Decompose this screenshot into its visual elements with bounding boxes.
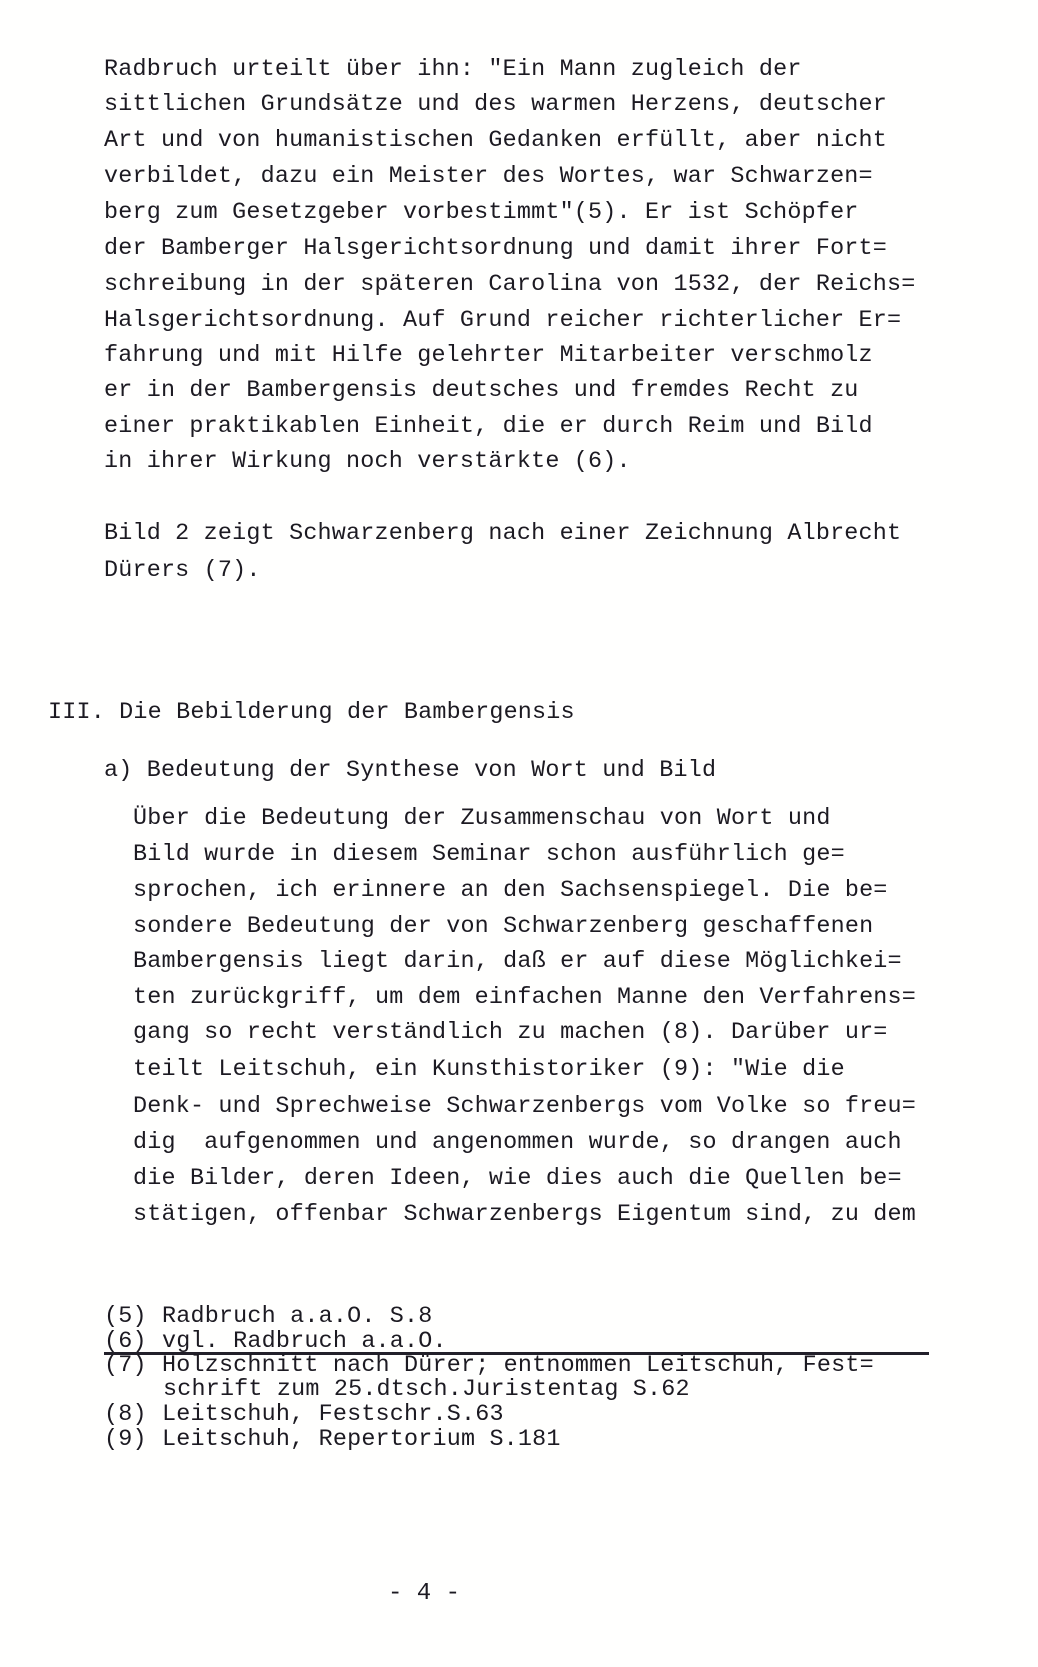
text-line: Bild 2 zeigt Schwarzenberg nach einer Ze… <box>104 520 901 548</box>
text-line: dig aufgenommen und angenommen wurde, so… <box>133 1129 902 1157</box>
footnote-7: (7)Holzschnitt nach Dürer; entnommen Lei… <box>104 1354 874 1378</box>
text-line: Denk- und Sprechweise Schwarzenbergs vom… <box>133 1093 916 1121</box>
text-line: fahrung und mit Hilfe gelehrter Mitarbei… <box>104 342 873 370</box>
footnote-text: Radbruch a.a.O. S.8 <box>162 1304 433 1330</box>
footnote-text: Leitschuh, Repertorium S.181 <box>162 1427 561 1453</box>
text-line: der Bamberger Halsgerichtsordnung und da… <box>104 235 887 263</box>
footnote-5: (5)Radbruch a.a.O. S.8 <box>104 1305 433 1329</box>
footnote-7-continuation: schrift zum 25.dtsch.Juristentag S.62 <box>163 1378 690 1402</box>
footnote-text: Holzschnitt nach Dürer; entnommen Leitsc… <box>162 1353 874 1379</box>
footnote-number: (8) <box>104 1403 162 1427</box>
text-line: Über die Bedeutung der Zusammenschau von… <box>133 805 831 833</box>
text-line: er in der Bambergensis deutsches und fre… <box>104 377 859 405</box>
text-line: sondere Bedeutung der von Schwarzenberg … <box>133 913 873 941</box>
text-line: gang so recht verständlich zu machen (8)… <box>133 1019 888 1047</box>
text-line: Dürers (7). <box>104 557 261 585</box>
text-line: stätigen, offenbar Schwarzenbergs Eigent… <box>133 1201 916 1229</box>
text-line: einer praktikablen Einheit, die er durch… <box>104 413 873 441</box>
footnote-number: (6) <box>104 1330 162 1354</box>
text-line: schreibung in der späteren Carolina von … <box>104 271 916 299</box>
footnote-number: (7) <box>104 1354 162 1378</box>
text-line: berg zum Gesetzgeber vorbestimmt"(5). Er… <box>104 199 859 227</box>
text-line: Bambergensis liegt darin, daß er auf die… <box>133 948 902 976</box>
text-line: die Bilder, deren Ideen, wie dies auch d… <box>133 1165 902 1193</box>
text-line: sprochen, ich erinnere an den Sachsenspi… <box>133 877 888 905</box>
subsection-heading: a) Bedeutung der Synthese von Wort und B… <box>104 757 716 785</box>
document-page: Radbruch urteilt über ihn: "Ein Mann zug… <box>0 0 1038 1667</box>
text-line: Radbruch urteilt über ihn: "Ein Mann zug… <box>104 56 802 84</box>
footnote-6: (6)vgl. Radbruch a.a.O. <box>104 1330 447 1354</box>
footnote-text: vgl. Radbruch a.a.O. <box>162 1329 447 1355</box>
text-line: verbildet, dazu ein Meister des Wortes, … <box>104 163 873 191</box>
text-line: Halsgerichtsordnung. Auf Grund reicher r… <box>104 307 901 335</box>
footnote-8: (8)Leitschuh, Festschr.S.63 <box>104 1403 504 1427</box>
text-line: sittlichen Grundsätze und des warmen Her… <box>104 91 887 119</box>
section-heading: III. Die Bebilderung der Bambergensis <box>48 699 575 727</box>
page-number: - 4 - <box>388 1580 460 1607</box>
text-line: ten zurückgriff, um dem einfachen Manne … <box>133 984 916 1012</box>
text-line: Art und von humanistischen Gedanken erfü… <box>104 127 887 155</box>
footnote-number: (5) <box>104 1305 162 1329</box>
text-line: Bild wurde in diesem Seminar schon ausfü… <box>133 841 845 869</box>
footnote-number: (9) <box>104 1428 162 1452</box>
text-line: teilt Leitschuh, ein Kunsthistoriker (9)… <box>133 1056 845 1084</box>
footnote-text: Leitschuh, Festschr.S.63 <box>162 1402 504 1428</box>
text-line: in ihrer Wirkung noch verstärkte (6). <box>104 448 631 476</box>
footnote-9: (9)Leitschuh, Repertorium S.181 <box>104 1428 561 1452</box>
